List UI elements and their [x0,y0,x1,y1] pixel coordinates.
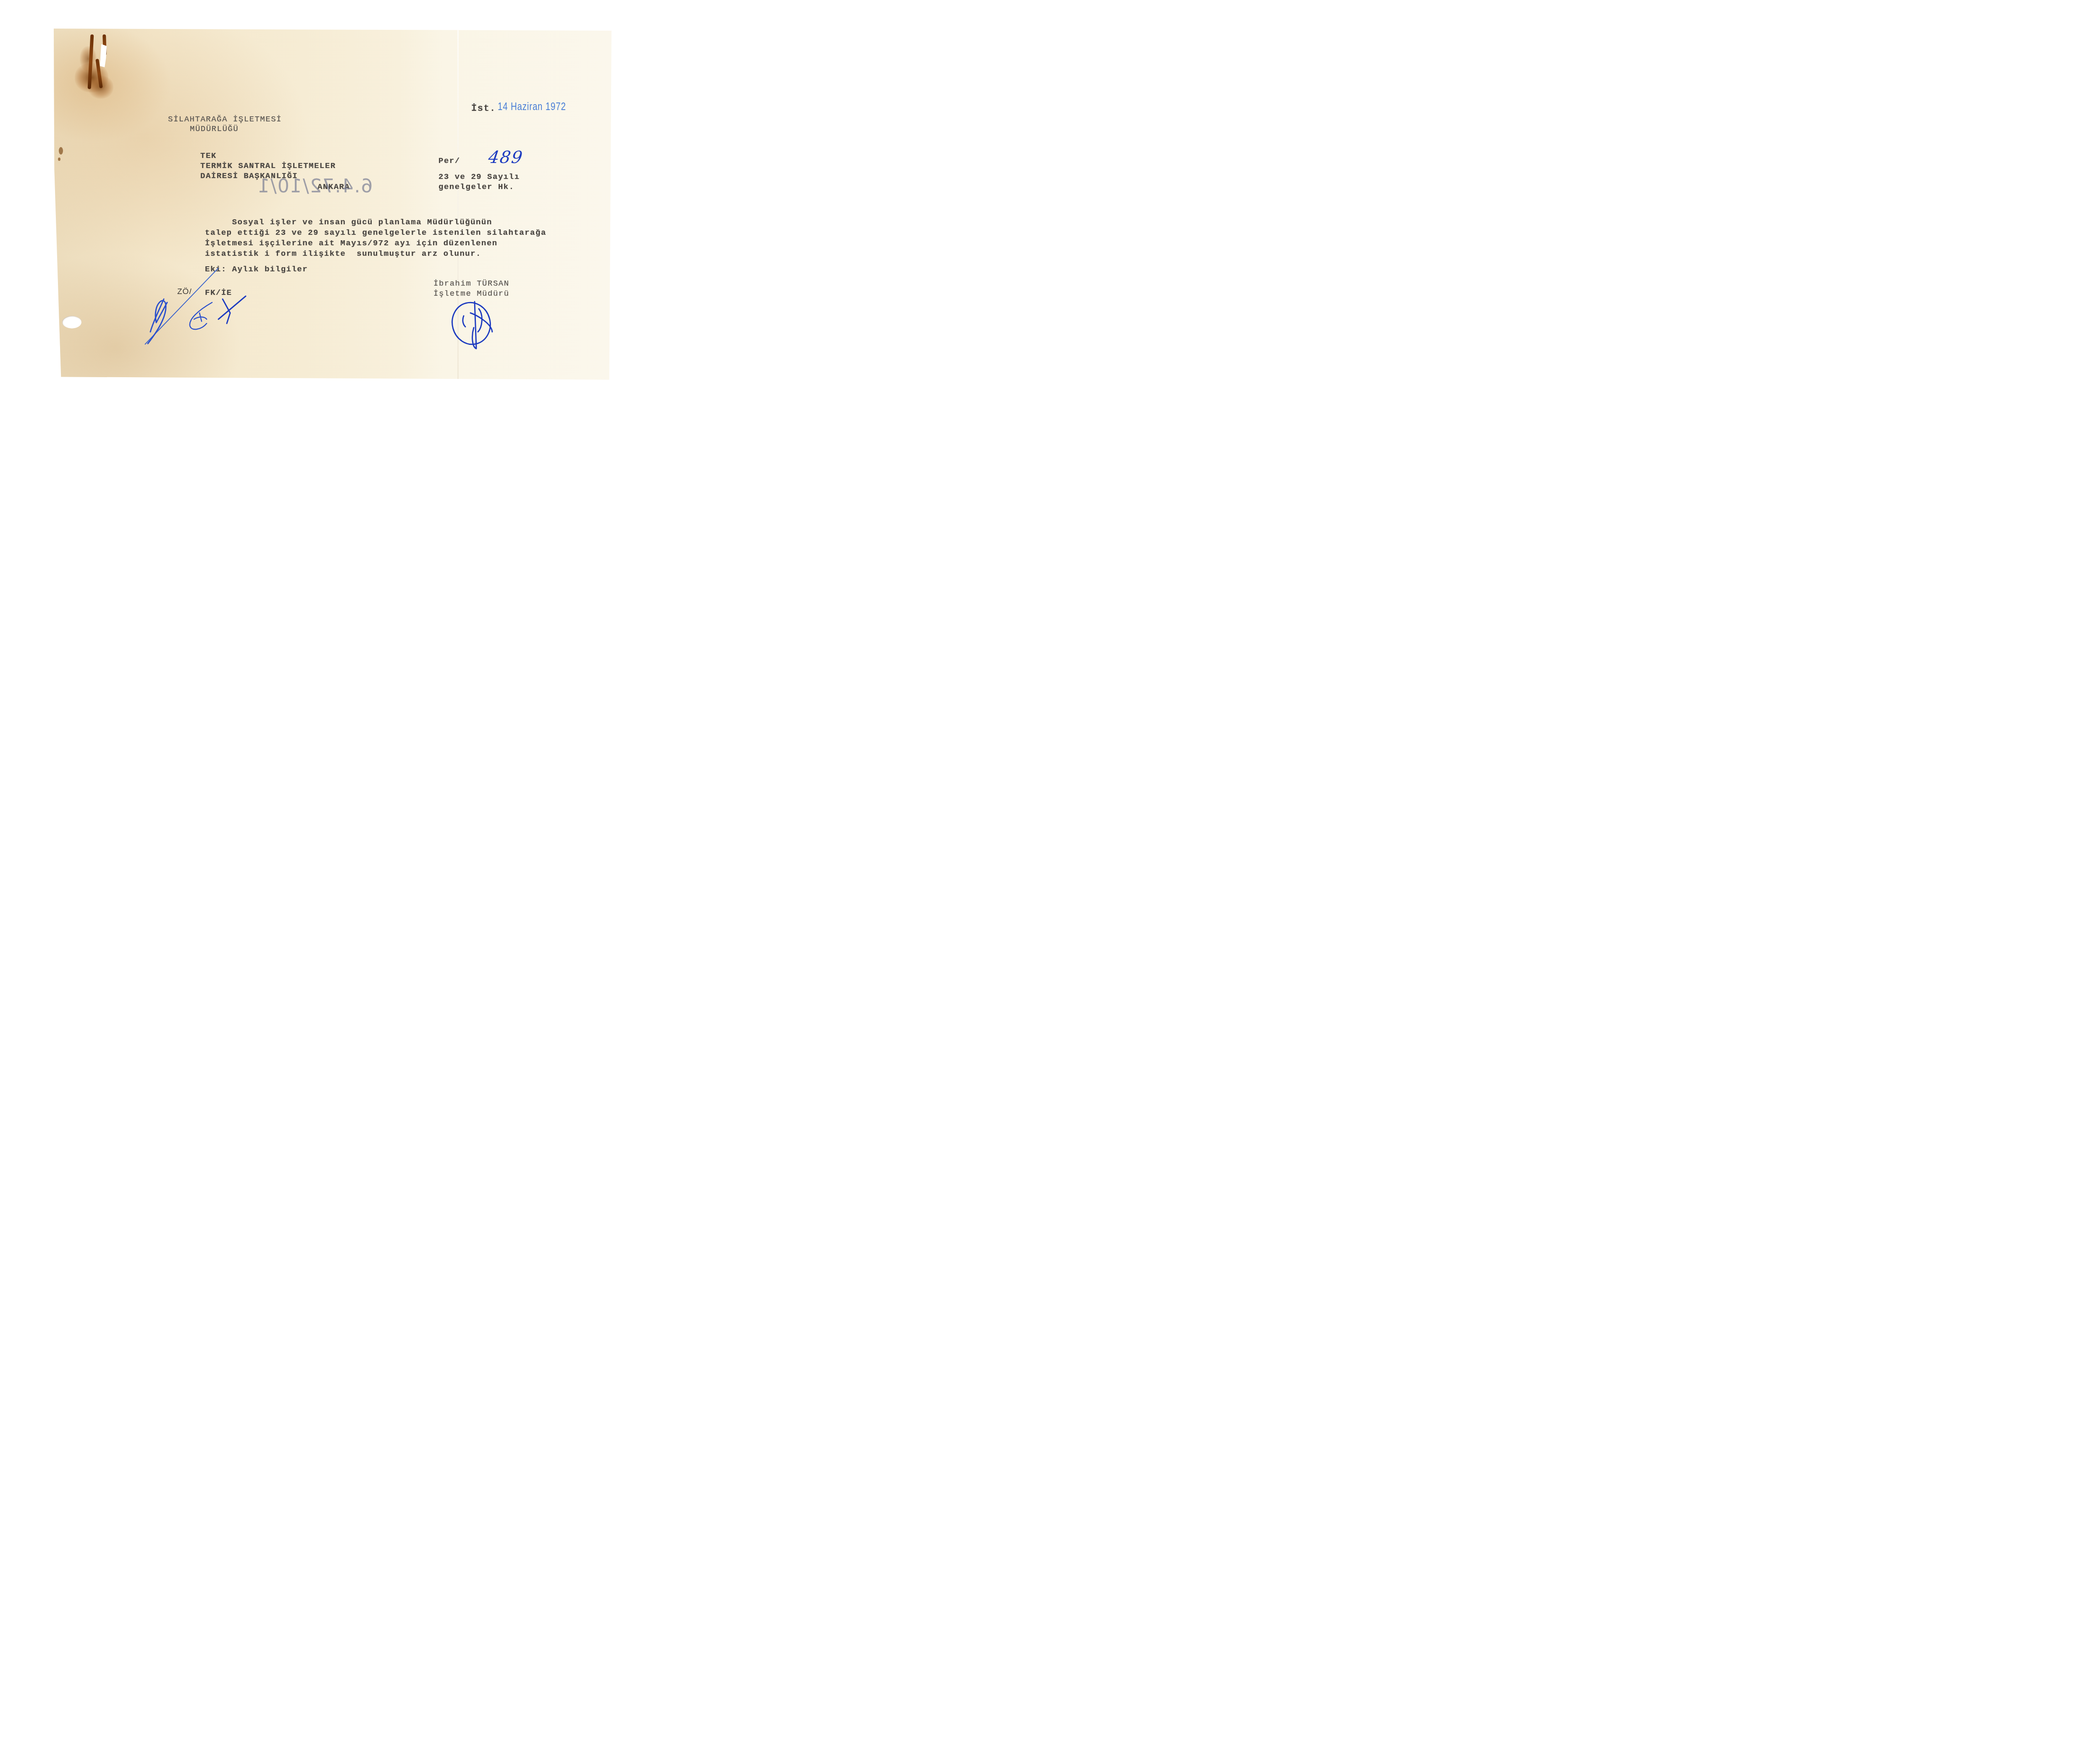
recipient-line2: TERMİK SANTRAL İŞLETMELER [200,162,336,170]
handwritten-reference-number: 489 [487,148,525,167]
place-prefix: İst. [471,104,496,113]
reference-prefix: Per/ [438,157,460,165]
recipient-line1: TEK [200,152,217,160]
signatory-name: İbrahim TÜRSAN [433,280,509,288]
body-line: talep ettiği 23 ve 29 sayılı genelgelerl… [205,229,546,237]
body-line: istatistik i form ilişikte sunulmuştur a… [205,250,481,258]
letter-sheet [52,29,612,380]
enclosure: Eki: Aylık bilgiler [205,265,308,273]
paper-fold [457,29,459,380]
subject-line1: 23 ve 29 Sayılı [438,173,520,181]
subject-line2: genelgeler Hk. [438,183,514,191]
rust-stain [80,46,97,71]
pencil-annotation: 6.4.72/10/1 [257,176,373,197]
signatory-title: İşletme Müdürü [433,290,509,298]
body-line: İşletmesi işçilerine ait Mayıs/972 ayı i… [205,239,498,247]
body-line: Sosyal işler ve insan gücü planlama Müdü… [205,218,492,226]
initials-left: ZÖ/ [177,287,192,297]
initials-typed: FK/İE [205,289,232,297]
stain-spot [59,147,63,155]
punch-hole [62,316,81,328]
sender-line2: MÜDÜRLÜĞÜ [190,125,239,133]
sender-line1: SİLAHTARAĞA İŞLETMESİ [168,116,282,123]
stain-spot [58,158,60,161]
date-stamp: 14 Haziran 1972 [498,101,566,113]
